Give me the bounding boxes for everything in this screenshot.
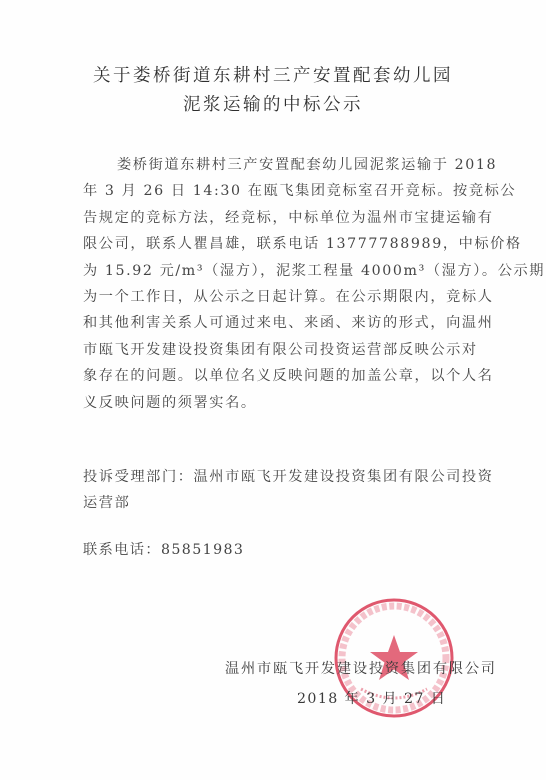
document-page: 关于娄桥街道东耕村三产安置配套幼儿园 泥浆运输的中标公示 娄桥街道东耕村三产安置… — [0, 0, 546, 780]
signature-date: 2018 年 3 月 27 日 — [297, 688, 446, 708]
body-paragraph: 娄桥街道东耕村三产安置配套幼儿园泥浆运输于 2018 年 3 月 26 日 14… — [83, 152, 475, 416]
body-line: 告规定的竞标方法，经竞标，中标单位为温州市宝捷运输有 — [83, 205, 475, 231]
body-line: 义反映问题的须署实名。 — [83, 390, 475, 416]
body-line: 为 15.92 元/m³（湿方），泥浆工程量 4000m³（湿方）。公示期 — [83, 258, 475, 284]
complaint-department: 投诉受理部门：温州市瓯飞开发建设投资集团有限公司投资 运营部 — [83, 464, 493, 517]
body-line: 娄桥街道东耕村三产安置配套幼儿园泥浆运输于 2018 — [83, 152, 475, 178]
body-line: 和其他利害关系人可通过来电、来函、来访的形式，向温州 — [83, 310, 475, 336]
body-line: 年 3 月 26 日 14:30 在瓯飞集团竞标室召开竞标。按竞标公 — [83, 178, 475, 204]
complaint-line: 投诉受理部门：温州市瓯飞开发建设投资集团有限公司投资 — [83, 464, 493, 490]
body-line: 象存在的问题。以单位名义反映问题的加盖公章，以个人名 — [83, 363, 475, 389]
title-line-2: 泥浆运输的中标公示 — [0, 91, 546, 116]
body-line: 市瓯飞开发建设投资集团有限公司投资运营部反映公示对 — [83, 337, 475, 363]
title-line-1: 关于娄桥街道东耕村三产安置配套幼儿园 — [0, 62, 546, 87]
body-line: 为一个工作日，从公示之日起计算。在公示期限内，竞标人 — [83, 284, 475, 310]
body-line: 限公司，联系人瞿昌雄，联系电话 13777788989，中标价格 — [83, 231, 475, 257]
signature-organization: 温州市瓯飞开发建设投资集团有限公司 — [225, 658, 497, 678]
contact-phone: 联系电话：85851983 — [83, 539, 244, 559]
complaint-line: 运营部 — [83, 490, 493, 516]
